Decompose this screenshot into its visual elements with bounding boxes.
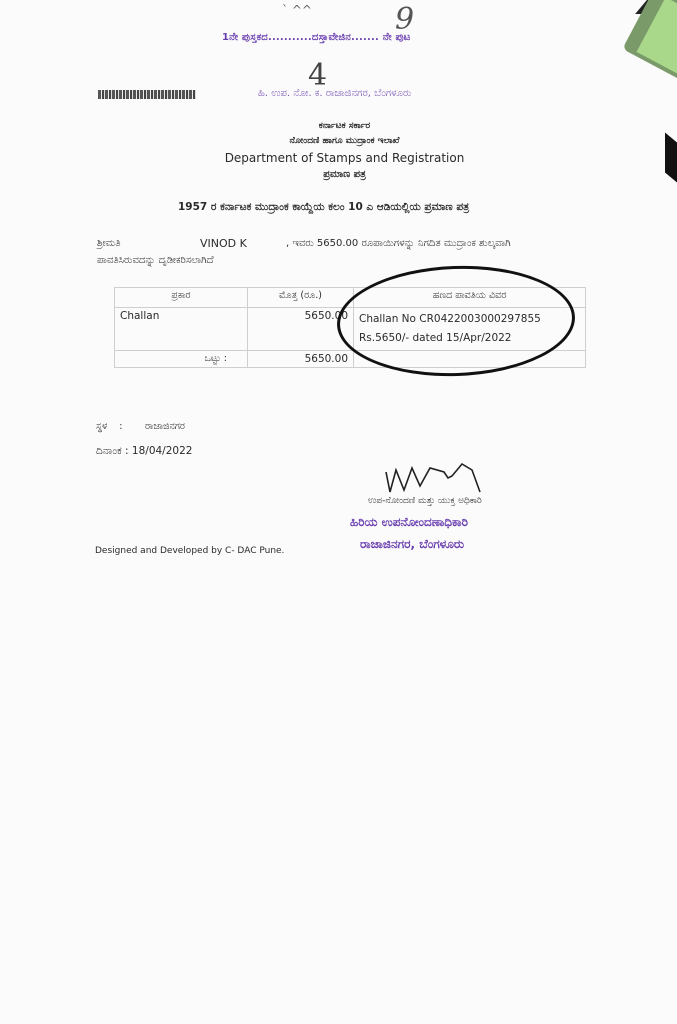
- officer-title: ಉಪ-ನೋಂದಣಿ ಮತ್ತು ಯುಕ್ತ ಅಧಿಕಾರಿ: [368, 496, 482, 506]
- handwritten-scribble: ` ^^: [282, 3, 312, 17]
- place-label-text: ಸ್ಥಳ: [96, 421, 107, 432]
- place-separator: :: [119, 421, 122, 432]
- government-heading: ಕರ್ನಾಟಕ ಸರ್ಕಾರ: [0, 121, 677, 131]
- department-heading-en: Department of Stamps and Registration: [0, 151, 677, 165]
- confirmation-text: ಪಾವತಿಸಿರುವದನ್ನು ದೃಡೀಕರಿಸಲಾಗಿದೆ: [97, 255, 213, 266]
- footer-credit: Designed and Developed by C- DAC Pune.: [95, 546, 284, 556]
- salutation: ಶ್ರೀಮತಿ: [97, 238, 121, 249]
- background-green-card: [622, 0, 677, 82]
- amount-sentence: , ಇವರು 5650.00 ರೂಪಾಯಿಗಳನ್ನು ನಿಗದಿತ ಮುದ್ರ…: [286, 238, 511, 249]
- place-value: ರಾಜಾಜಿನಗರ: [145, 421, 185, 432]
- book-page-stamp: 1ನೇ ಪುಸ್ತಕದ...........ದಸ್ತಾವೇಜಿನ....... …: [222, 32, 411, 43]
- total-amount: 5650.00: [248, 351, 354, 368]
- certificate-heading: ಪ್ರಮಾಣ ಪತ್ರ: [0, 169, 677, 180]
- column-header-amount: ಮೊತ್ತ (ರೂ.): [248, 288, 354, 308]
- payer-name: VINOD K: [200, 237, 247, 250]
- barcode: [98, 90, 196, 99]
- certificate-title: 1957 ರ ಕರ್ನಾಟಕ ಮುದ್ರಾಂಕ ಕಾಯ್ದೆಯ ಕಲಂ 10 ಎ…: [178, 201, 469, 214]
- office-stamp: ಹಿ. ಉಪ. ನೋ. ಕ. ರಾಜಾಜಿನಗರ, ಬೆಂಗಳೂರು: [258, 88, 411, 99]
- place-label: ಸ್ಥಳ :: [96, 421, 122, 432]
- department-heading-kn: ನೋಂದಣಿ ಹಾಗೂ ಮುದ್ರಾಂಕ ಇಲಾಖೆ: [0, 136, 677, 146]
- officer-seal-line2: ರಾಜಾಜಿನಗರ, ಬೆಂಗಳೂರು: [360, 537, 464, 552]
- cell-type: Challan: [115, 308, 248, 351]
- issue-date: ದಿನಾಂಕ : 18/04/2022: [96, 445, 192, 458]
- total-label: ಒಟ್ಟು :: [115, 351, 248, 368]
- officer-seal-line1: ಹಿರಿಯ ಉಪನೋಂದಣಾಧಿಕಾರಿ: [350, 515, 468, 530]
- column-header-type: ಪ್ರಕಾರ: [115, 288, 248, 308]
